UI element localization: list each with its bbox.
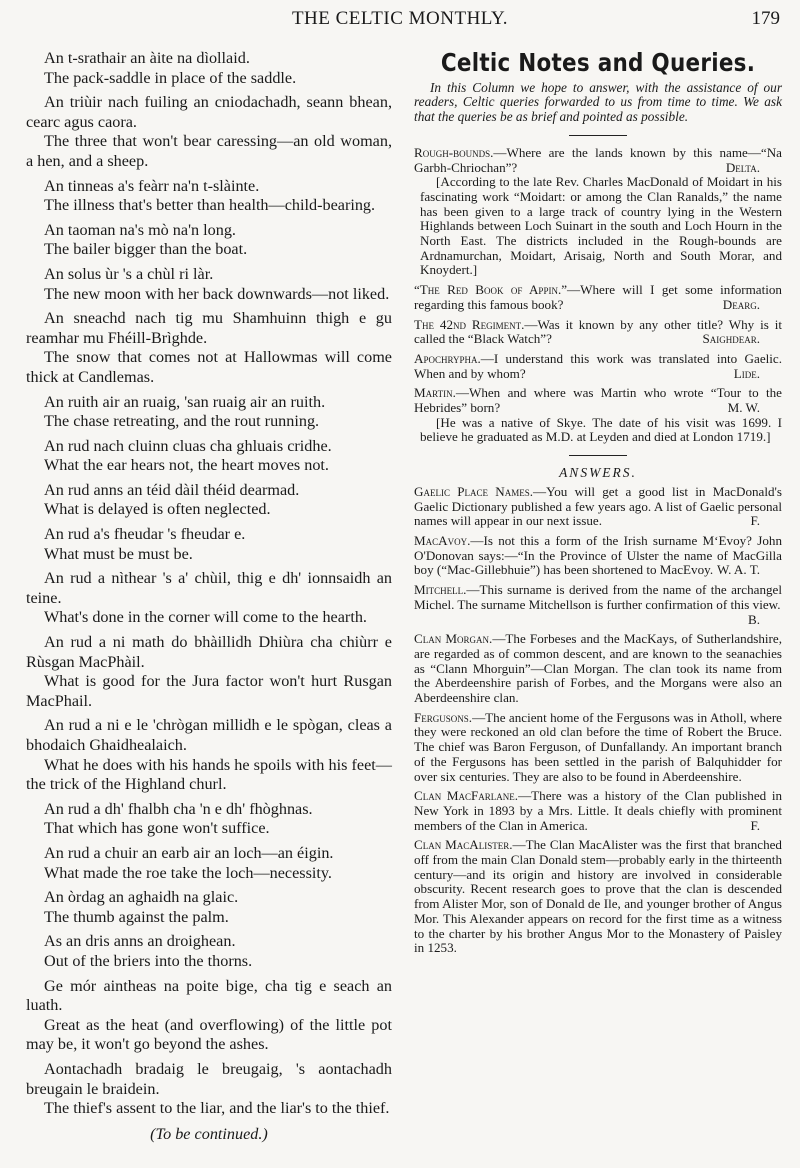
editor-note: [According to the late Rev. Charles MacD… [420, 175, 782, 278]
proverb-gaelic: An ruith air an ruaig, 'san ruaig air an… [26, 393, 392, 413]
proverb-gaelic: An solus ùr 's a chùl ri làr. [26, 265, 392, 285]
entry-heading: Clan MacAlister. [414, 837, 513, 852]
answer-entry: Clan Morgan.—The Forbeses and the MacKay… [414, 632, 782, 706]
proverb-pair: As an dris anns an droighean.Out of the … [26, 932, 392, 971]
proverb-gaelic: An tinneas a's feàrr na'n t-slàinte. [26, 177, 392, 197]
proverb-pair: An rud anns an téid dàil théid dearmad.W… [26, 481, 392, 520]
answer-entry: Mitchell.—This surname is derived from t… [414, 583, 782, 627]
proverb-english: Out of the briers into the thorns. [26, 952, 392, 972]
proverb-english: What he does with his hands he spoils wi… [26, 756, 392, 795]
proverb-pair: An rud a chuir an earb air an loch—an éi… [26, 844, 392, 883]
entry-signature: Lide. [734, 367, 782, 382]
proverb-english: The thief's assent to the liar, and the … [26, 1099, 392, 1119]
proverb-english: The snow that comes not at Hallowmas wil… [26, 348, 392, 387]
proverb-pair: An rud a's fheudar 's fheudar e.What mus… [26, 525, 392, 564]
proverb-pair: An rud nach cluinn cluas cha ghluais cri… [26, 437, 392, 476]
divider [569, 135, 627, 136]
entry-heading: Clan Morgan. [414, 631, 492, 646]
proverb-english: What made the roe take the loch—necessit… [26, 864, 392, 884]
proverb-english: What is delayed is often neglected. [26, 500, 392, 520]
proverb-gaelic: An rud anns an téid dàil théid dearmad. [26, 481, 392, 501]
proverb-pair: Ge mór aintheas na poite bige, cha tig e… [26, 977, 392, 1055]
proverb-english: What's done in the corner will come to t… [26, 608, 392, 628]
proverb-pair: An t-srathair an àite na dìollaid.The pa… [26, 49, 392, 88]
proverb-english: The illness that's better than health—ch… [26, 196, 392, 216]
entry-heading: “The Red Book of Appin.” [414, 282, 567, 297]
proverb-pair: An rud a nìthear 's a' chùil, thig e dh'… [26, 569, 392, 628]
proverb-gaelic: An òrdag an aghaidh na glaic. [26, 888, 392, 908]
proverb-english: The pack-saddle in place of the saddle. [26, 69, 392, 89]
query-entry: “The Red Book of Appin.”—Where will I ge… [414, 283, 782, 312]
entry-signature: F. [750, 819, 782, 834]
proverb-english: The thumb against the palm. [26, 908, 392, 928]
section-intro: In this Column we hope to answer, with t… [414, 81, 782, 125]
proverb-english: What the ear hears not, the heart moves … [26, 456, 392, 476]
entry-signature: Dearg. [723, 298, 782, 313]
entry-signature: B. [748, 613, 782, 628]
proverb-english: What must be must be. [26, 545, 392, 565]
proverb-gaelic: An rud a's fheudar 's fheudar e. [26, 525, 392, 545]
proverb-english: That which has gone won't suffice. [26, 819, 392, 839]
entry-heading: Clan MacFarlane. [414, 788, 518, 803]
answer-entry: Fergusons.—The ancient home of the Fergu… [414, 711, 782, 785]
entry-signature: M. W. [728, 401, 782, 416]
to-be-continued: (To be continued.) [26, 1125, 392, 1145]
proverb-gaelic: An taoman na's mò na'n long. [26, 221, 392, 241]
editor-note: [He was a native of Skye. The date of hi… [420, 416, 782, 445]
entry-text: —This surname is derived from the name o… [414, 582, 782, 612]
proverb-pair: An sneachd nach tig mu Shamhuinn thigh e… [26, 309, 392, 387]
answers-list: Gaelic Place Names.—You will get a good … [414, 485, 782, 956]
query-entry: Martin.—When and where was Martin who wr… [414, 386, 782, 445]
entry-signature: Delta. [726, 161, 782, 176]
proverb-gaelic: An rud a ni math do bhàillidh Dhiùra cha… [26, 633, 392, 672]
entry-heading: Mitchell. [414, 582, 466, 597]
entry-heading: Fergusons. [414, 710, 472, 725]
entry-signature: Saighdear. [702, 332, 782, 347]
answer-entry: Gaelic Place Names.—You will get a good … [414, 485, 782, 529]
proverb-gaelic: As an dris anns an droighean. [26, 932, 392, 952]
proverb-gaelic: An t-srathair an àite na dìollaid. [26, 49, 392, 69]
proverb-pair: Aontachadh bradaig le breugaig, 's aonta… [26, 1060, 392, 1119]
entry-heading: Martin. [414, 385, 456, 400]
proverb-pair: An ruith air an ruaig, 'san ruaig air an… [26, 393, 392, 432]
proverb-pair: An tinneas a's feàrr na'n t-slàinte.The … [26, 177, 392, 216]
entry-heading: The 42nd Regiment. [414, 317, 524, 332]
proverb-english: The three that won't bear caressing—an o… [26, 132, 392, 171]
entry-heading: Gaelic Place Names. [414, 484, 533, 499]
proverb-english: The chase retreating, and the rout runni… [26, 412, 392, 432]
divider [569, 455, 627, 456]
entry-signature: W. A. T. [717, 563, 782, 578]
entry-signature: F. [750, 514, 782, 529]
answer-entry: MacAvoy.—Is not this a form of the Irish… [414, 534, 782, 578]
query-entry: Apochrypha.—I understand this work was t… [414, 352, 782, 381]
proverb-english: What is good for the Jura factor won't h… [26, 672, 392, 711]
proverb-gaelic: An rud a chuir an earb air an loch—an éi… [26, 844, 392, 864]
proverb-english: The bailer bigger than the boat. [26, 240, 392, 260]
proverb-pair: An solus ùr 's a chùl ri làr.The new moo… [26, 265, 392, 304]
proverb-pair: An taoman na's mò na'n long.The bailer b… [26, 221, 392, 260]
notes-column: Celtic Notes and Queries. In this Column… [414, 56, 782, 961]
proverbs-column: An t-srathair an àite na dìollaid.The pa… [26, 49, 392, 1144]
queries-list: Rough-bounds.—Where are the lands known … [414, 146, 782, 445]
proverb-gaelic: An rud a dh' fhalbh cha 'n e dh' fhòghna… [26, 800, 392, 820]
proverb-gaelic: An rud a ni e le 'chrògan millidh e le s… [26, 716, 392, 755]
query-entry: Rough-bounds.—Where are the lands known … [414, 146, 782, 278]
proverb-gaelic: An sneachd nach tig mu Shamhuinn thigh e… [26, 309, 392, 348]
proverb-pair: An rud a ni e le 'chrògan millidh e le s… [26, 716, 392, 794]
proverb-gaelic: An triùir nach fuiling an cniodachadh, s… [26, 93, 392, 132]
page-number: 179 [752, 8, 781, 30]
entry-heading: Apochrypha. [414, 351, 481, 366]
section-title: Celtic Notes and Queries. [440, 56, 756, 71]
proverb-english: The new moon with her back downwards—not… [26, 285, 392, 305]
answer-entry: Clan MacFarlane.—There was a history of … [414, 789, 782, 833]
query-entry: The 42nd Regiment.—Was it known by any o… [414, 318, 782, 347]
entry-heading: Rough-bounds. [414, 145, 493, 160]
answer-entry: Clan MacAlister.—The Clan MacAlister was… [414, 838, 782, 956]
proverb-pair: An rud a dh' fhalbh cha 'n e dh' fhòghna… [26, 800, 392, 839]
answers-heading: ANSWERS. [414, 466, 782, 481]
proverb-gaelic: Aontachadh bradaig le breugaig, 's aonta… [26, 1060, 392, 1099]
proverb-gaelic: Ge mór aintheas na poite bige, cha tig e… [26, 977, 392, 1016]
proverb-pair: An triùir nach fuiling an cniodachadh, s… [26, 93, 392, 171]
proverb-pair: An òrdag an aghaidh na glaic.The thumb a… [26, 888, 392, 927]
proverb-pair: An rud a ni math do bhàillidh Dhiùra cha… [26, 633, 392, 711]
page-header: THE CELTIC MONTHLY. 179 [0, 8, 800, 34]
entry-heading: MacAvoy. [414, 533, 470, 548]
proverb-gaelic: An rud a nìthear 's a' chùil, thig e dh'… [26, 569, 392, 608]
entry-text: —The Clan MacAlister was the first that … [414, 837, 782, 955]
journal-title: THE CELTIC MONTHLY. [0, 8, 800, 30]
proverb-gaelic: An rud nach cluinn cluas cha ghluais cri… [26, 437, 392, 457]
proverb-english: Great as the heat (and overflowing) of t… [26, 1016, 392, 1055]
